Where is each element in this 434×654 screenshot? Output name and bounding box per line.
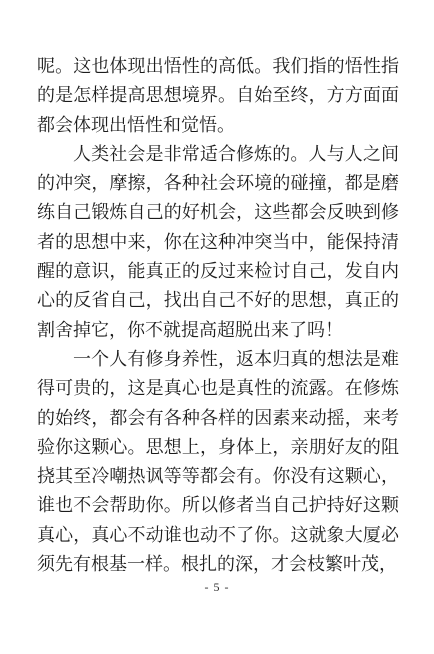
text-line: 心的反省自己，找出自己不好的思想，真正的 bbox=[37, 286, 399, 315]
text-line: 练自己锻炼自己的好机会，这些都会反映到修 bbox=[37, 198, 399, 227]
text-line: 挠其至冷嘲热讽等等都会有。你没有这颗心， bbox=[37, 462, 399, 491]
body-text: 呢。这也体现出悟性的高低。我们指的悟性指的是怎样提高思想境界。自始至终，方方面面… bbox=[37, 52, 399, 579]
text-line: 得可贵的，这是真心也是真性的流露。在修炼 bbox=[37, 374, 399, 403]
text-line: 都会体现出悟性和觉悟。 bbox=[37, 111, 399, 140]
text-line: 割舍掉它，你不就提高超脱出来了吗！ bbox=[37, 316, 399, 345]
text-line: 谁也不会帮助你。所以修者当自己护持好这颗 bbox=[37, 491, 399, 520]
text-line: 者的思想中来，你在这种冲突当中，能保持清 bbox=[37, 228, 399, 257]
text-line: 的冲突，摩擦，各种社会环境的碰撞，都是磨 bbox=[37, 169, 399, 198]
text-line: 醒的意识，能真正的反过来检讨自己，发自内 bbox=[37, 257, 399, 286]
text-line: 一个人有修身养性，返本归真的想法是难 bbox=[37, 345, 399, 374]
page-number: - 5 - bbox=[0, 580, 434, 595]
text-line: 呢。这也体现出悟性的高低。我们指的悟性指 bbox=[37, 52, 399, 81]
text-line: 真心，真心不动谁也动不了你。这就象大厦必 bbox=[37, 521, 399, 550]
text-line: 人类社会是非常适合修炼的。人与人之间 bbox=[37, 140, 399, 169]
document-page: 呢。这也体现出悟性的高低。我们指的悟性指的是怎样提高思想境界。自始至终，方方面面… bbox=[0, 0, 434, 654]
text-line: 须先有根基一样。根扎的深，才会枝繁叶茂， bbox=[37, 550, 399, 579]
text-line: 验你这颗心。思想上，身体上，亲朋好友的阻 bbox=[37, 433, 399, 462]
text-line: 的是怎样提高思想境界。自始至终，方方面面 bbox=[37, 81, 399, 110]
text-line: 的始终，都会有各种各样的因素来动摇，来考 bbox=[37, 404, 399, 433]
